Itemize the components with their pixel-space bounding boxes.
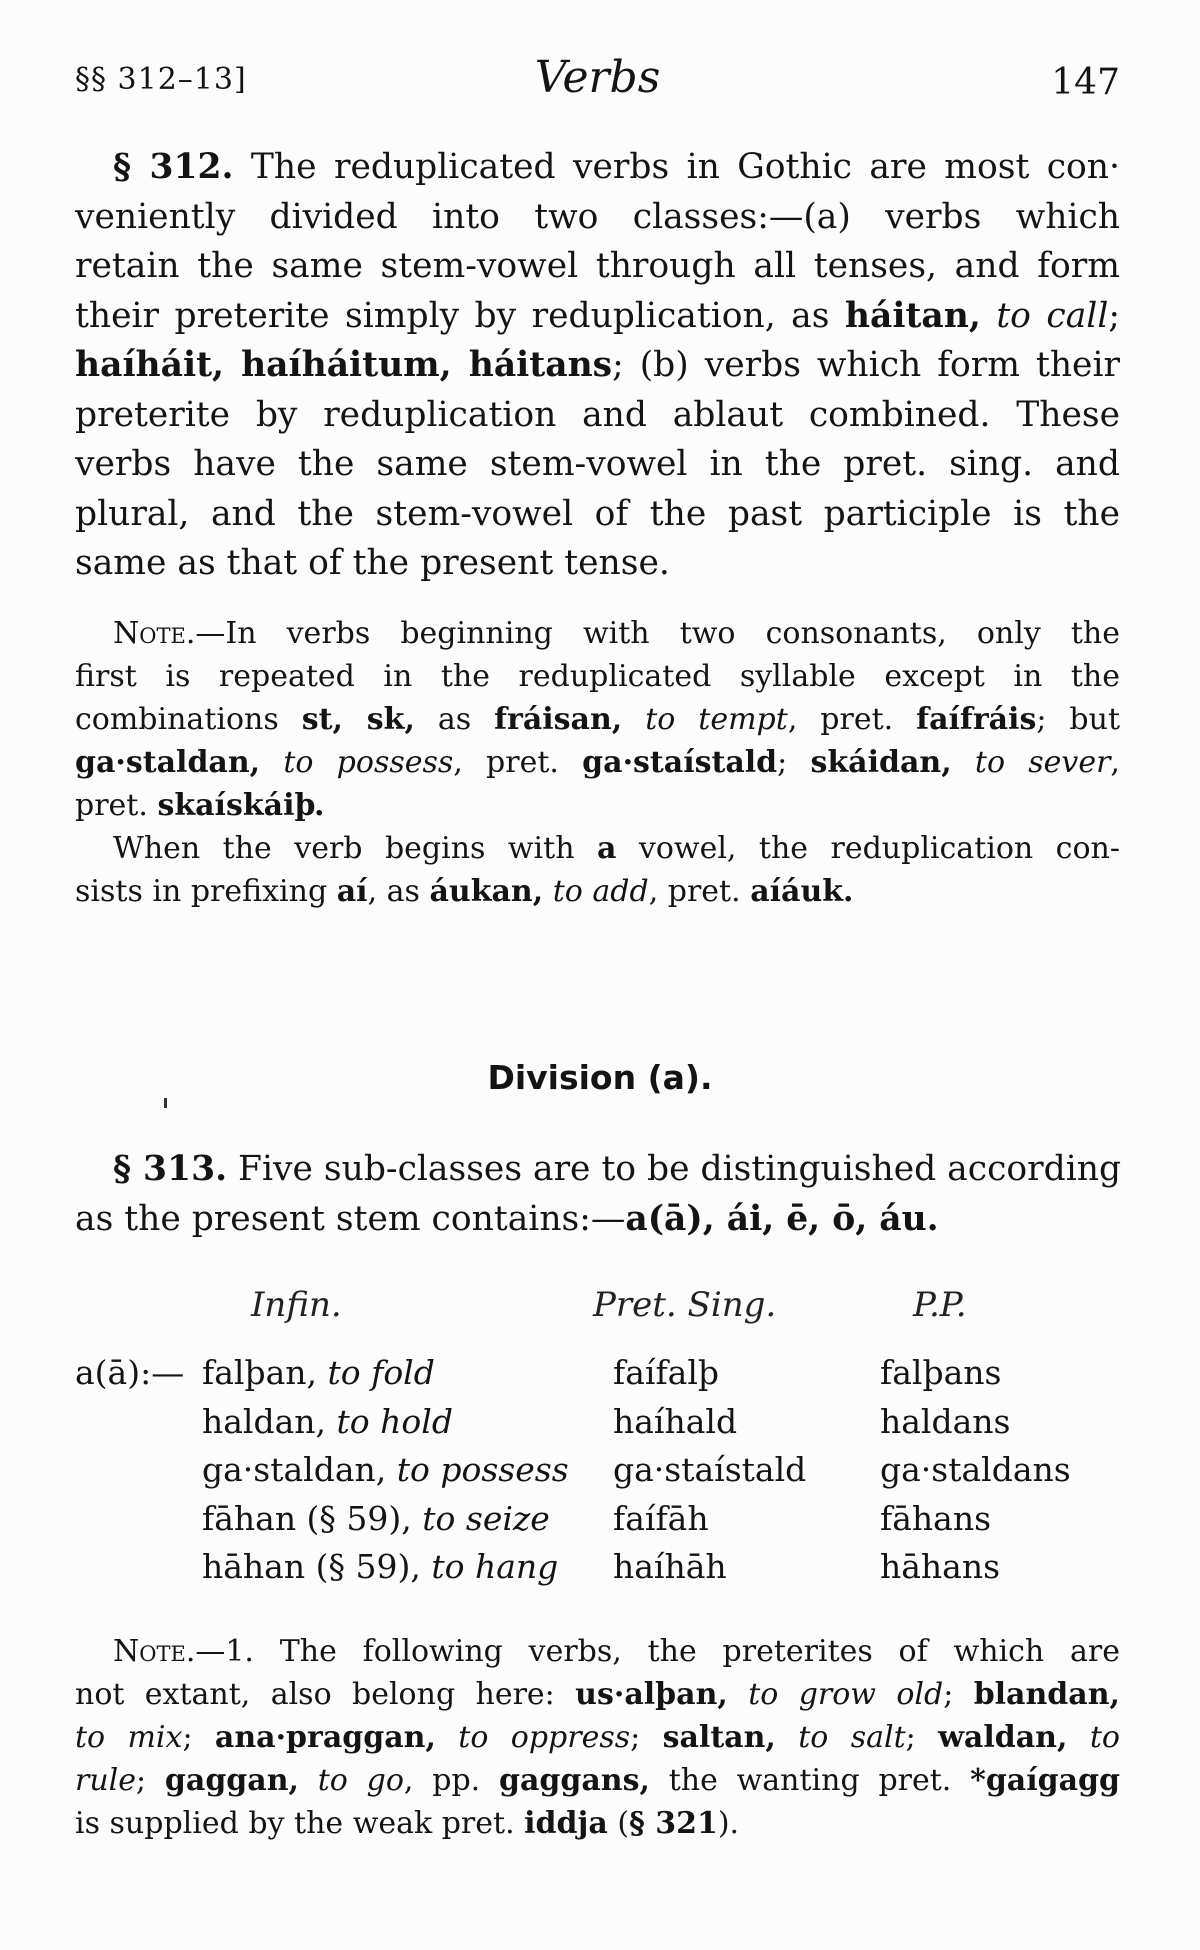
text-line: same as that of the present tense. bbox=[75, 539, 1120, 589]
bold-term: haíháit, haíháitum, háitans bbox=[75, 345, 612, 385]
text-run: The reduplicated verbs in Gothic are mos… bbox=[234, 147, 1120, 187]
text-run bbox=[728, 1677, 748, 1712]
text-line: veniently divided into two classes:—(a) … bbox=[75, 193, 1120, 243]
text-run bbox=[622, 702, 645, 737]
text-run bbox=[776, 1720, 798, 1755]
text-run bbox=[543, 874, 553, 909]
text-line: preterite by reduplication and ablaut co… bbox=[75, 391, 1120, 441]
bold-term: ga·staldan, bbox=[75, 745, 260, 780]
infinitive-cell: fāhan (§ 59), to seize bbox=[202, 1499, 550, 1538]
text-run bbox=[299, 1763, 318, 1798]
italic-gloss: to oppress bbox=[458, 1720, 630, 1755]
text-run: retain the same stem-vowel through all t… bbox=[75, 246, 1120, 286]
bold-term: áukan, bbox=[429, 874, 543, 909]
text-run: ; bbox=[182, 1720, 214, 1755]
text-line: rule; gaggan, to go, pp. gaggans, the wa… bbox=[75, 1759, 1120, 1802]
bold-term: *gaígagg bbox=[970, 1763, 1120, 1798]
text-run: combinations bbox=[75, 702, 302, 737]
bold-term: skaískáiþ. bbox=[157, 788, 324, 823]
italic-gloss: to sever bbox=[975, 745, 1111, 780]
bold-term: skáidan, bbox=[810, 745, 951, 780]
note-label: Note bbox=[113, 1634, 186, 1669]
italic-gloss: rule bbox=[75, 1763, 136, 1798]
past-participle-cell: haldans bbox=[880, 1402, 1010, 1441]
bold-term: gaggans, bbox=[499, 1763, 650, 1798]
bold-term: iddja bbox=[524, 1806, 608, 1841]
bold-term: aí bbox=[337, 874, 368, 909]
section-312: § 312. The reduplicated verbs in Gothic … bbox=[75, 143, 1120, 589]
italic-gloss: to add bbox=[553, 874, 649, 909]
section-313: § 313. Five sub-classes are to be distin… bbox=[75, 1145, 1120, 1244]
text-line: their preterite simply by reduplication,… bbox=[75, 292, 1120, 342]
text-line: When the verb begins with a vowel, the r… bbox=[75, 827, 1120, 870]
column-header-pret-sing: Pret. Sing. bbox=[593, 1285, 776, 1325]
infinitive: haldan bbox=[202, 1402, 316, 1441]
gloss: to seize bbox=[422, 1499, 550, 1538]
pret-sing-cell: haíhald bbox=[613, 1402, 737, 1441]
table-row: ga·staldan, to possessga·staístaldga·sta… bbox=[75, 1450, 1120, 1498]
bold-term: § 321 bbox=[629, 1806, 718, 1841]
gloss: to fold bbox=[327, 1353, 434, 1392]
text-run: same as that of the present tense. bbox=[75, 543, 670, 583]
pret-sing-cell: faífāh bbox=[613, 1499, 709, 1538]
past-participle-cell: falþans bbox=[880, 1353, 1001, 1392]
table-row: haldan, to holdhaíhaldhaldans bbox=[75, 1402, 1120, 1450]
text-run bbox=[952, 745, 975, 780]
class-label: a(ā):— bbox=[75, 1353, 184, 1392]
text-run: sists in prefixing bbox=[75, 874, 337, 909]
infinitive: ga·staldan bbox=[202, 1450, 376, 1489]
text-run: Five sub-classes are to be distinguished… bbox=[227, 1149, 1121, 1189]
infinitive-cell: hāhan (§ 59), to hang bbox=[202, 1547, 558, 1586]
text-run bbox=[436, 1720, 458, 1755]
text-line: is supplied by the weak pret. iddja (§ 3… bbox=[75, 1802, 1120, 1845]
text-run: vowel, the reduplication con- bbox=[616, 831, 1120, 866]
italic-gloss: to tempt bbox=[645, 702, 788, 737]
text-run: veniently divided into two classes:—(a) … bbox=[75, 197, 1120, 237]
text-run: plural, and the stem-vowel of the past p… bbox=[75, 494, 1120, 534]
pret-sing-cell: ga·staístald bbox=[613, 1450, 806, 1489]
past-participle-cell: fāhans bbox=[880, 1499, 991, 1538]
bold-term: aíáuk. bbox=[750, 874, 853, 909]
infinitive-cell: ga·staldan, to possess bbox=[202, 1450, 569, 1489]
bold-term: saltan, bbox=[663, 1720, 776, 1755]
page-title: Verbs bbox=[75, 52, 1120, 103]
italic-gloss: to bbox=[1090, 1720, 1120, 1755]
text-run: ; bbox=[630, 1720, 662, 1755]
pret-sing-cell: faífalþ bbox=[613, 1353, 719, 1392]
table-row: hāhan (§ 59), to hanghaíhāhhāhans bbox=[75, 1547, 1120, 1595]
gloss: to hang bbox=[431, 1547, 558, 1586]
text-run: .—In verbs beginning with two consonants… bbox=[186, 616, 1120, 651]
note-label: Note bbox=[113, 616, 186, 651]
text-run: .—1. The following verbs, the preterites… bbox=[186, 1634, 1120, 1669]
italic-gloss: to go bbox=[318, 1763, 404, 1798]
text-run bbox=[981, 296, 996, 336]
italic-gloss: to call bbox=[996, 296, 1108, 336]
page-number: 147 bbox=[1051, 62, 1120, 103]
text-run: , pret. bbox=[453, 745, 582, 780]
text-run: , as bbox=[368, 874, 430, 909]
text-run: ; bbox=[943, 1677, 973, 1712]
bold-term: fráisan, bbox=[494, 702, 622, 737]
text-run: When the verb begins with bbox=[113, 831, 597, 866]
bold-term: a(ā), ái, ē, ō, áu. bbox=[625, 1199, 938, 1239]
italic-gloss: to mix bbox=[75, 1720, 182, 1755]
text-run: , pret. bbox=[649, 874, 751, 909]
text-run: pret. bbox=[75, 788, 157, 823]
infinitive: falþan bbox=[202, 1353, 307, 1392]
text-run: is supplied by the weak pret. bbox=[75, 1806, 524, 1841]
division-heading: Division (a). bbox=[0, 1058, 1200, 1097]
bold-term: § 313. bbox=[113, 1149, 227, 1189]
note-313: Note.—1. The following verbs, the preter… bbox=[75, 1630, 1120, 1845]
infinitive: fāhan (§ 59) bbox=[202, 1499, 401, 1538]
text-line: sists in prefixing aí, as áukan, to add,… bbox=[75, 870, 1120, 913]
text-line: ga·staldan, to possess, pret. ga·staísta… bbox=[75, 741, 1120, 784]
note-312-continuation: When the verb begins with a vowel, the r… bbox=[75, 827, 1120, 913]
bold-term: st, sk, bbox=[302, 702, 415, 737]
text-line: combinations st, sk, as fráisan, to temp… bbox=[75, 698, 1120, 741]
text-line: Note.—1. The following verbs, the preter… bbox=[75, 1630, 1120, 1673]
bold-term: § 312. bbox=[113, 147, 234, 187]
bold-term: háitan, bbox=[845, 296, 981, 336]
pret-sing-cell: haíhāh bbox=[613, 1547, 727, 1586]
bold-term: gaggan, bbox=[165, 1763, 299, 1798]
bold-term: blandan, bbox=[974, 1677, 1120, 1712]
text-line: haíháit, haíháitum, háitans; (b) verbs w… bbox=[75, 341, 1120, 391]
note-312: Note.—In verbs beginning with two conson… bbox=[75, 612, 1120, 827]
text-run: ; (b) verbs which form their bbox=[612, 345, 1120, 385]
bold-term: ga·staístald bbox=[582, 745, 777, 780]
infinitive-cell: haldan, to hold bbox=[202, 1402, 453, 1441]
text-run: their preterite simply by reduplication,… bbox=[75, 296, 845, 336]
infinitive-cell: falþan, to fold bbox=[202, 1353, 435, 1392]
text-run: ; bbox=[136, 1763, 165, 1798]
text-run: the wanting pret. bbox=[650, 1763, 970, 1798]
gloss: to hold bbox=[337, 1402, 453, 1441]
text-run: not extant, also belong here: bbox=[75, 1677, 575, 1712]
text-line: Note.—In verbs beginning with two conson… bbox=[75, 612, 1120, 655]
text-line: not extant, also belong here: us·alþan, … bbox=[75, 1673, 1120, 1716]
text-run: , pp. bbox=[404, 1763, 499, 1798]
gloss: to possess bbox=[397, 1450, 569, 1489]
text-run: preterite by reduplication and ablaut co… bbox=[75, 395, 1120, 435]
infinitive: hāhan (§ 59) bbox=[202, 1547, 410, 1586]
text-line: § 312. The reduplicated verbs in Gothic … bbox=[75, 143, 1120, 193]
text-line: § 313. Five sub-classes are to be distin… bbox=[75, 1145, 1120, 1195]
text-run: , bbox=[1110, 745, 1120, 780]
bold-term: ana·praggan, bbox=[215, 1720, 436, 1755]
text-run: as the present stem contains:— bbox=[75, 1199, 625, 1239]
text-line: to mix; ana·praggan, to oppress; saltan,… bbox=[75, 1716, 1120, 1759]
text-run: ; but bbox=[1036, 702, 1120, 737]
text-run: , pret. bbox=[788, 702, 916, 737]
text-run: ; bbox=[777, 745, 810, 780]
text-line: retain the same stem-vowel through all t… bbox=[75, 242, 1120, 292]
text-run: first is repeated in the reduplicated sy… bbox=[75, 659, 1120, 694]
italic-gloss: to salt bbox=[798, 1720, 905, 1755]
past-participle-cell: ga·staldans bbox=[880, 1450, 1071, 1489]
column-header-pp: P.P. bbox=[913, 1285, 967, 1325]
italic-gloss: to possess bbox=[283, 745, 453, 780]
bold-term: a bbox=[597, 831, 616, 866]
text-line: first is repeated in the reduplicated sy… bbox=[75, 655, 1120, 698]
text-line: as the present stem contains:—a(ā), ái, … bbox=[75, 1195, 1120, 1245]
text-run bbox=[1067, 1720, 1089, 1755]
text-run bbox=[260, 745, 283, 780]
print-speck bbox=[164, 1098, 167, 1108]
running-header: §§ 312–13] Verbs 147 bbox=[75, 52, 1120, 108]
column-header-infin: Infin. bbox=[251, 1285, 342, 1325]
text-run: as bbox=[415, 702, 494, 737]
text-run: ). bbox=[718, 1806, 739, 1841]
text-line: plural, and the stem-vowel of the past p… bbox=[75, 490, 1120, 540]
text-run: verbs have the same stem-vowel in the pr… bbox=[75, 444, 1120, 484]
text-line: pret. skaískáiþ. bbox=[75, 784, 1120, 827]
italic-gloss: to grow old bbox=[748, 1677, 943, 1712]
text-run: ( bbox=[608, 1806, 629, 1841]
past-participle-cell: hāhans bbox=[880, 1547, 1000, 1586]
text-line: verbs have the same stem-vowel in the pr… bbox=[75, 440, 1120, 490]
bold-term: faífráis bbox=[916, 702, 1036, 737]
text-run: ; bbox=[1108, 296, 1120, 336]
table-row: fāhan (§ 59), to seizefaífāhfāhans bbox=[75, 1499, 1120, 1547]
table-row: a(ā):—falþan, to foldfaífalþfalþans bbox=[75, 1353, 1120, 1401]
bold-term: us·alþan, bbox=[575, 1677, 728, 1712]
text-run: ; bbox=[906, 1720, 938, 1755]
bold-term: waldan, bbox=[938, 1720, 1067, 1755]
